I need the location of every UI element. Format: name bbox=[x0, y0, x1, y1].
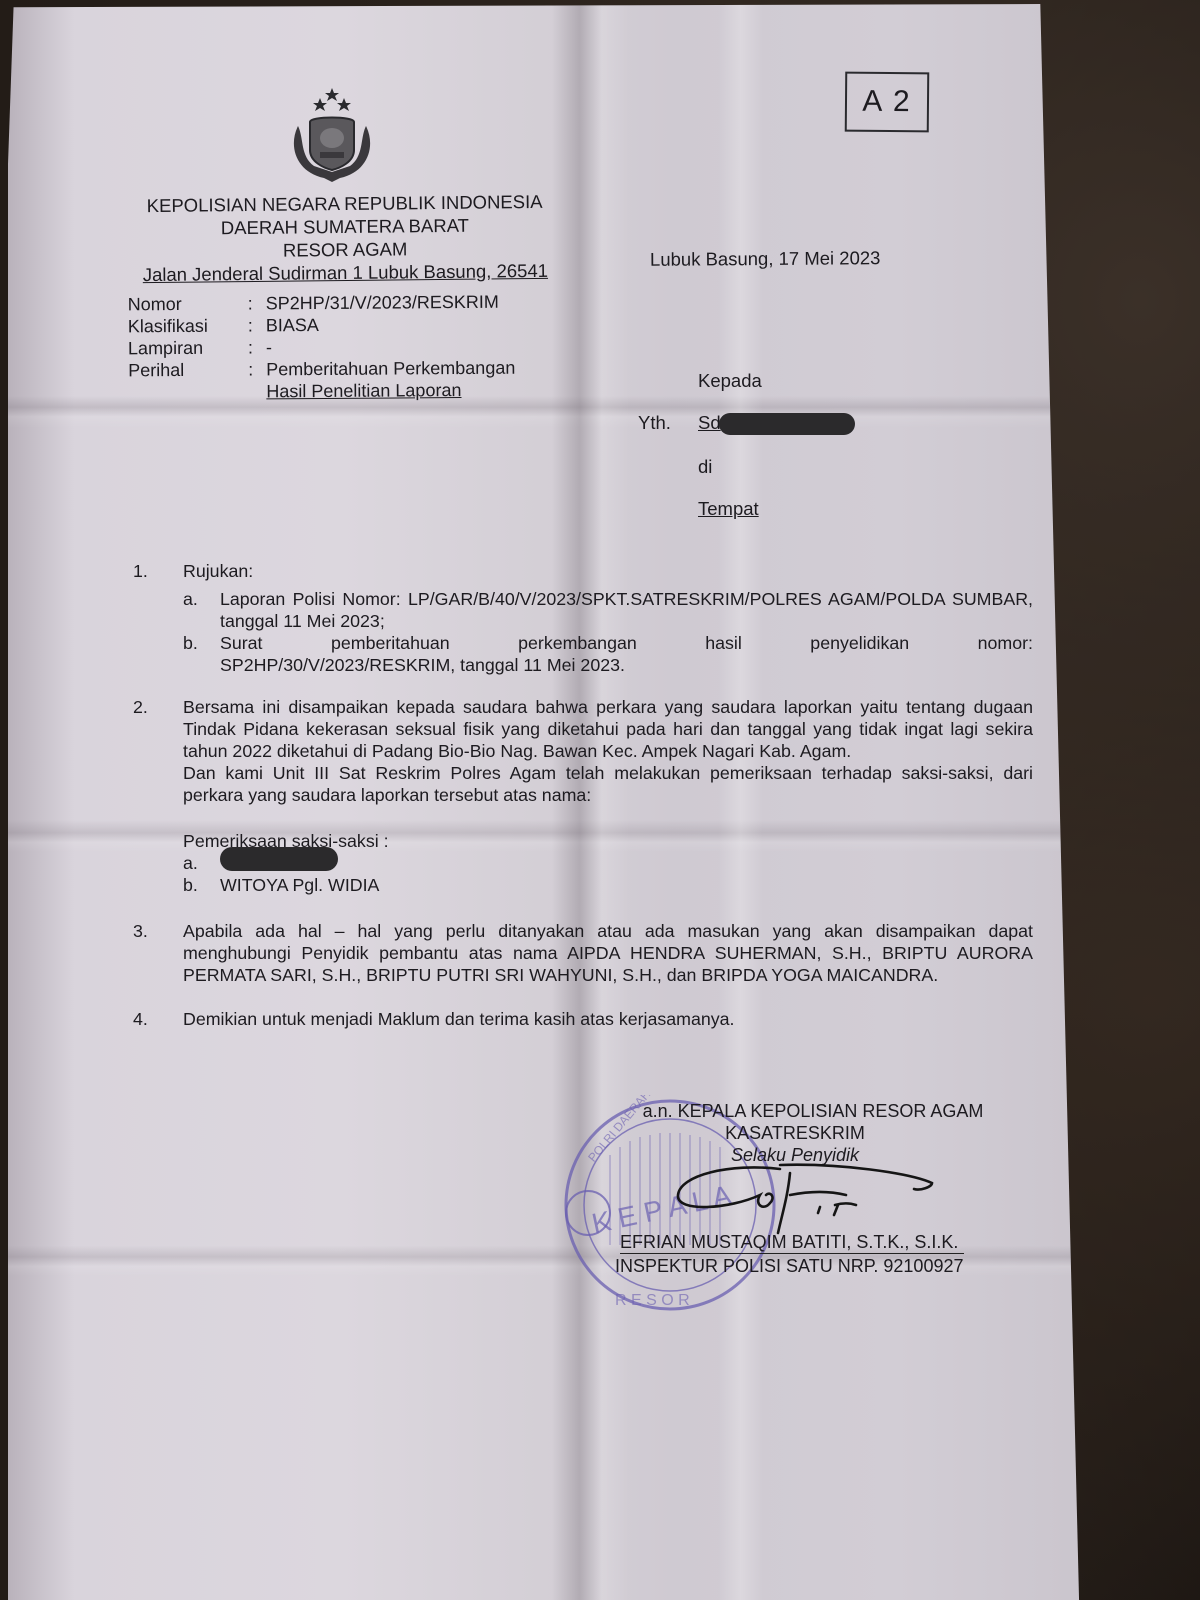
handwritten-signature-icon bbox=[670, 1155, 970, 1235]
meta-value: SP2HP/31/V/2023/RESKRIM bbox=[266, 291, 499, 315]
meta-colon: : bbox=[248, 292, 266, 314]
item-1: 1. Rujukan: a. Laporan Polisi Nomor: LP/… bbox=[133, 560, 1033, 676]
letterhead: KEPOLISIAN NEGARA REPUBLIK INDONESIA DAE… bbox=[125, 190, 566, 287]
recipient-name-prefix: Sd bbox=[698, 412, 721, 433]
meta-row-klasifikasi: Klasifikasi : BIASA bbox=[128, 313, 515, 338]
sub-text-line-2: SP2HP/30/V/2023/RESKRIM, tanggal 11 Mei … bbox=[220, 654, 1033, 676]
recipient-name: Sd bbox=[698, 412, 855, 435]
police-emblem-icon bbox=[280, 86, 384, 186]
item-title: Rujukan: bbox=[183, 560, 1033, 582]
di-label: di bbox=[698, 456, 712, 478]
item-paragraph-1: Bersama ini disampaikan kepada saudara b… bbox=[183, 696, 1033, 762]
item-number: 1. bbox=[133, 560, 148, 582]
witness-name: WITOYA Pgl. WIDIA bbox=[220, 875, 379, 895]
letter-body: 1. Rujukan: a. Laporan Polisi Nomor: LP/… bbox=[133, 560, 1033, 1030]
meta-label: Nomor bbox=[128, 293, 248, 316]
item-number: 2. bbox=[133, 696, 148, 718]
redaction-mark bbox=[719, 413, 855, 435]
subject-line-2: Hasil Penelitian Laporan bbox=[266, 380, 461, 401]
meta-value: Pemberitahuan Perkembangan Hasil Penelit… bbox=[266, 357, 515, 403]
sub-letter: b. bbox=[183, 632, 198, 654]
sub-text: Laporan Polisi Nomor: LP/GAR/B/40/V/2023… bbox=[220, 588, 1033, 632]
meta-label: Lampiran bbox=[128, 337, 248, 360]
sub-item-a: a. Laporan Polisi Nomor: LP/GAR/B/40/V/2… bbox=[183, 588, 1033, 632]
meta-colon: : bbox=[248, 358, 266, 402]
letterhead-line-1: KEPOLISIAN NEGARA REPUBLIK INDONESIA bbox=[125, 190, 565, 218]
meta-value: BIASA bbox=[266, 314, 319, 336]
witness-b: b. WITOYA Pgl. WIDIA bbox=[183, 874, 1033, 896]
letter-document: A 2 KEPOLISIAN NEGARA REPUBLIK INDONESIA… bbox=[0, 0, 1200, 1600]
document-code-box: A 2 bbox=[845, 72, 930, 133]
kepada-label: Kepada bbox=[698, 370, 762, 392]
meta-label: Perihal bbox=[128, 359, 248, 404]
witness-a: a. bbox=[183, 852, 1033, 874]
meta-colon: : bbox=[248, 314, 266, 336]
item-2: 2. Bersama ini disampaikan kepada saudar… bbox=[133, 696, 1033, 896]
redaction-mark bbox=[220, 847, 338, 871]
letter-date: Lubuk Basung, 17 Mei 2023 bbox=[650, 247, 881, 271]
yth-label: Yth. bbox=[638, 412, 671, 434]
item-number: 3. bbox=[133, 920, 148, 942]
svg-text:R E S O R: R E S O R bbox=[615, 1292, 690, 1309]
sign-line-1: a.n. KEPALA KEPOLISIAN RESOR AGAM bbox=[606, 1100, 1020, 1122]
item-4: 4. Demikian untuk menjadi Maklum dan ter… bbox=[133, 1008, 1033, 1030]
meta-label: Klasifikasi bbox=[128, 315, 248, 338]
meta-value: - bbox=[266, 336, 272, 358]
item-text: Apabila ada hal – hal yang perlu ditanya… bbox=[183, 920, 1033, 986]
sub-letter: b. bbox=[183, 874, 198, 896]
sub-text-line-1: Surat pemberitahuan perkembangan hasil p… bbox=[220, 632, 1033, 654]
item-paragraph-2: Dan kami Unit III Sat Reskrim Polres Aga… bbox=[183, 762, 1033, 806]
signatory-rank: INSPEKTUR POLISI SATU NRP. 92100927 bbox=[615, 1256, 964, 1277]
item-text: Demikian untuk menjadi Maklum dan terima… bbox=[183, 1008, 1033, 1030]
signatory-name: EFRIAN MUSTAQIM BATITI, S.T.K., S.I.K. bbox=[620, 1232, 964, 1254]
item-number: 4. bbox=[133, 1008, 148, 1030]
meta-colon: : bbox=[248, 336, 266, 358]
item-3: 3. Apabila ada hal – hal yang perlu dita… bbox=[133, 920, 1033, 986]
letterhead-address: Jalan Jenderal Sudirman 1 Lubuk Basung, … bbox=[125, 259, 565, 287]
meta-row-perihal: Perihal : Pemberitahuan Perkembangan Has… bbox=[128, 357, 515, 404]
meta-row-nomor: Nomor : SP2HP/31/V/2023/RESKRIM bbox=[128, 291, 515, 316]
sub-letter: a. bbox=[183, 852, 198, 874]
subject-line-1: Pemberitahuan Perkembangan bbox=[266, 358, 515, 380]
sub-item-b: b. Surat pemberitahuan perkembangan hasi… bbox=[183, 632, 1033, 676]
tempat-label: Tempat bbox=[698, 498, 759, 520]
sub-letter: a. bbox=[183, 588, 198, 610]
meta-row-lampiran: Lampiran : - bbox=[128, 335, 515, 360]
sign-line-2: KASATRESKRIM bbox=[570, 1122, 1020, 1144]
letter-metadata: Nomor : SP2HP/31/V/2023/RESKRIM Klasifik… bbox=[128, 291, 516, 404]
